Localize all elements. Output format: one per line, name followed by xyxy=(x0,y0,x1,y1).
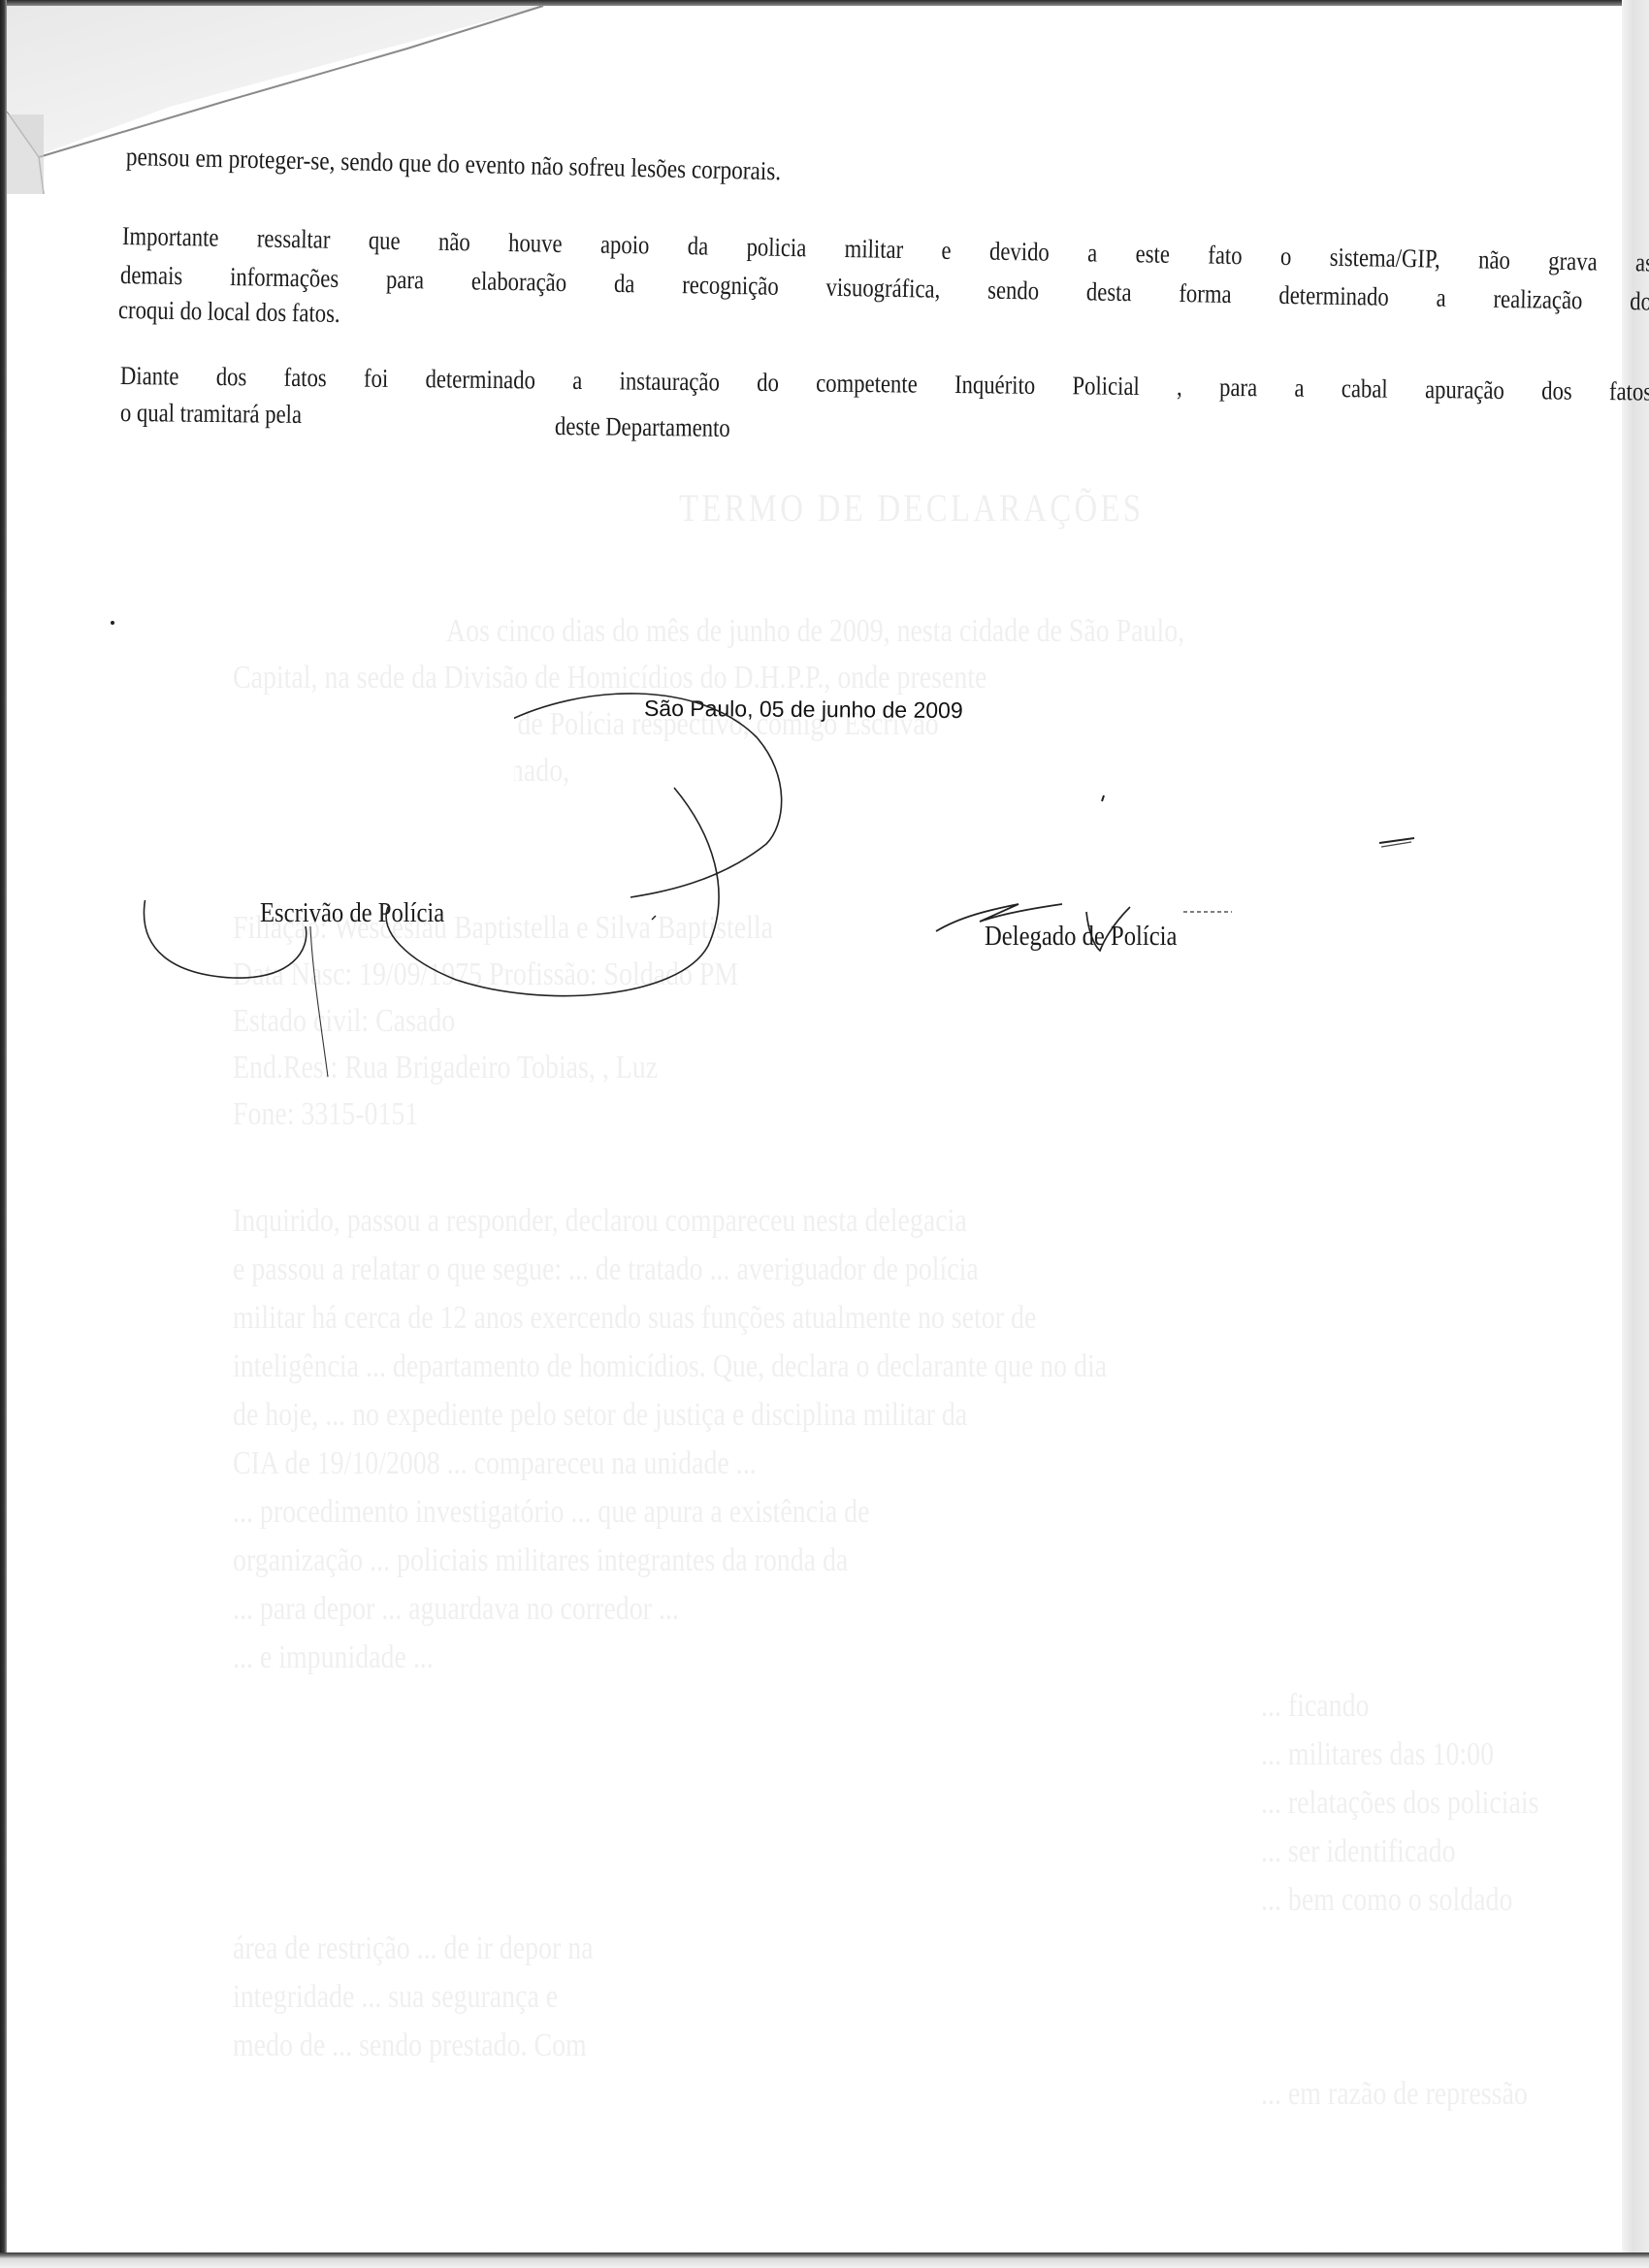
bleed-line: medo de ... sendo prestado. Com xyxy=(233,2027,587,2064)
bleed-line: e passou a relatar o que segue: ... de t… xyxy=(233,1251,979,1288)
bleed-line: Capital, na sede da Divisão de Homicídio… xyxy=(233,660,986,697)
bleed-line: ... militares das 10:00 xyxy=(1261,1736,1494,1773)
bleed-line: organização ... policiais militares inte… xyxy=(233,1542,848,1579)
paragraph-3-line-2b: deste Departamento xyxy=(555,411,730,443)
bleed-line: ... em razão de repressão xyxy=(1261,2076,1528,2113)
bleed-line: Estado civil: Casado xyxy=(233,1003,455,1040)
bleed-line: área de restrição ... de ir depor na xyxy=(233,1930,594,1967)
bleed-line: Data Nasc: 19/09/1975 Profissão: Soldado… xyxy=(233,956,738,993)
paragraph-1-line-1: pensou em proteger-se, sendo que do even… xyxy=(126,142,782,186)
paragraph-3-line-2a: o qual tramitará pela xyxy=(120,398,302,430)
bleed-line: ... ficando xyxy=(1261,1688,1369,1725)
bleed-line: Fone: 3315-0151 xyxy=(233,1096,418,1133)
bleed-line: integridade ... sua segurança e xyxy=(233,1979,558,2016)
scanner-edge-right xyxy=(1622,0,1649,2268)
escrivao-signature-label: Escrivão de Polícia xyxy=(260,898,444,929)
paragraph-3-line-1-text: Diante dos fatos foi determinado a insta… xyxy=(120,361,1649,407)
paragraph-2-line-3: croqui do local dos fatos. xyxy=(118,295,340,329)
bleed-line: inteligência ... departamento de homicíd… xyxy=(233,1348,1107,1385)
stray-mark xyxy=(111,621,114,625)
bleed-line: militar há cerca de 12 anos exercendo su… xyxy=(233,1300,1036,1337)
date-line: São Paulo, 05 de junho de 2009 xyxy=(644,696,963,724)
bleed-line: ... ser identificado xyxy=(1261,1833,1456,1870)
bleed-line: CIA de 19/10/2008 ... compareceu na unid… xyxy=(233,1445,757,1482)
bleed-heading: TERMO DE DECLARAÇÕES xyxy=(679,485,1144,531)
bleed-through-layer: TERMO DE DECLARAÇÕES Aos cinco dias do m… xyxy=(0,0,1649,2268)
scanner-edge-bottom xyxy=(0,2252,1649,2268)
bleed-line: ... relatações dos policiais xyxy=(1261,1785,1538,1822)
bleed-line: ... e impunidade ... xyxy=(233,1639,434,1676)
bleed-line: de hoje, ... no expediente pelo setor de… xyxy=(233,1397,967,1434)
scanner-edge-top xyxy=(0,0,1649,6)
bleed-line: ... para depor ... aguardava no corredor… xyxy=(233,1591,679,1628)
bleed-line: End.Res.: Rua Brigadeiro Tobias, , Luz xyxy=(233,1050,658,1086)
paragraph-3-line-1: Diante dos fatos foi determinado a insta… xyxy=(120,361,1649,407)
delegado-signature-label: Delegado de Polícia xyxy=(985,922,1177,953)
signature-strokes xyxy=(0,0,1649,2268)
bleed-line: ... bem como o soldado xyxy=(1261,1882,1512,1919)
bleed-line: ... procedimento investigatório ... que … xyxy=(233,1494,870,1531)
bleed-line: Inquirido, passou a responder, declarou … xyxy=(233,1203,967,1240)
redaction-block xyxy=(70,706,514,900)
bleed-line: Aos cinco dias do mês de junho de 2009, … xyxy=(446,613,1184,650)
scanner-edge-left xyxy=(0,0,7,2268)
